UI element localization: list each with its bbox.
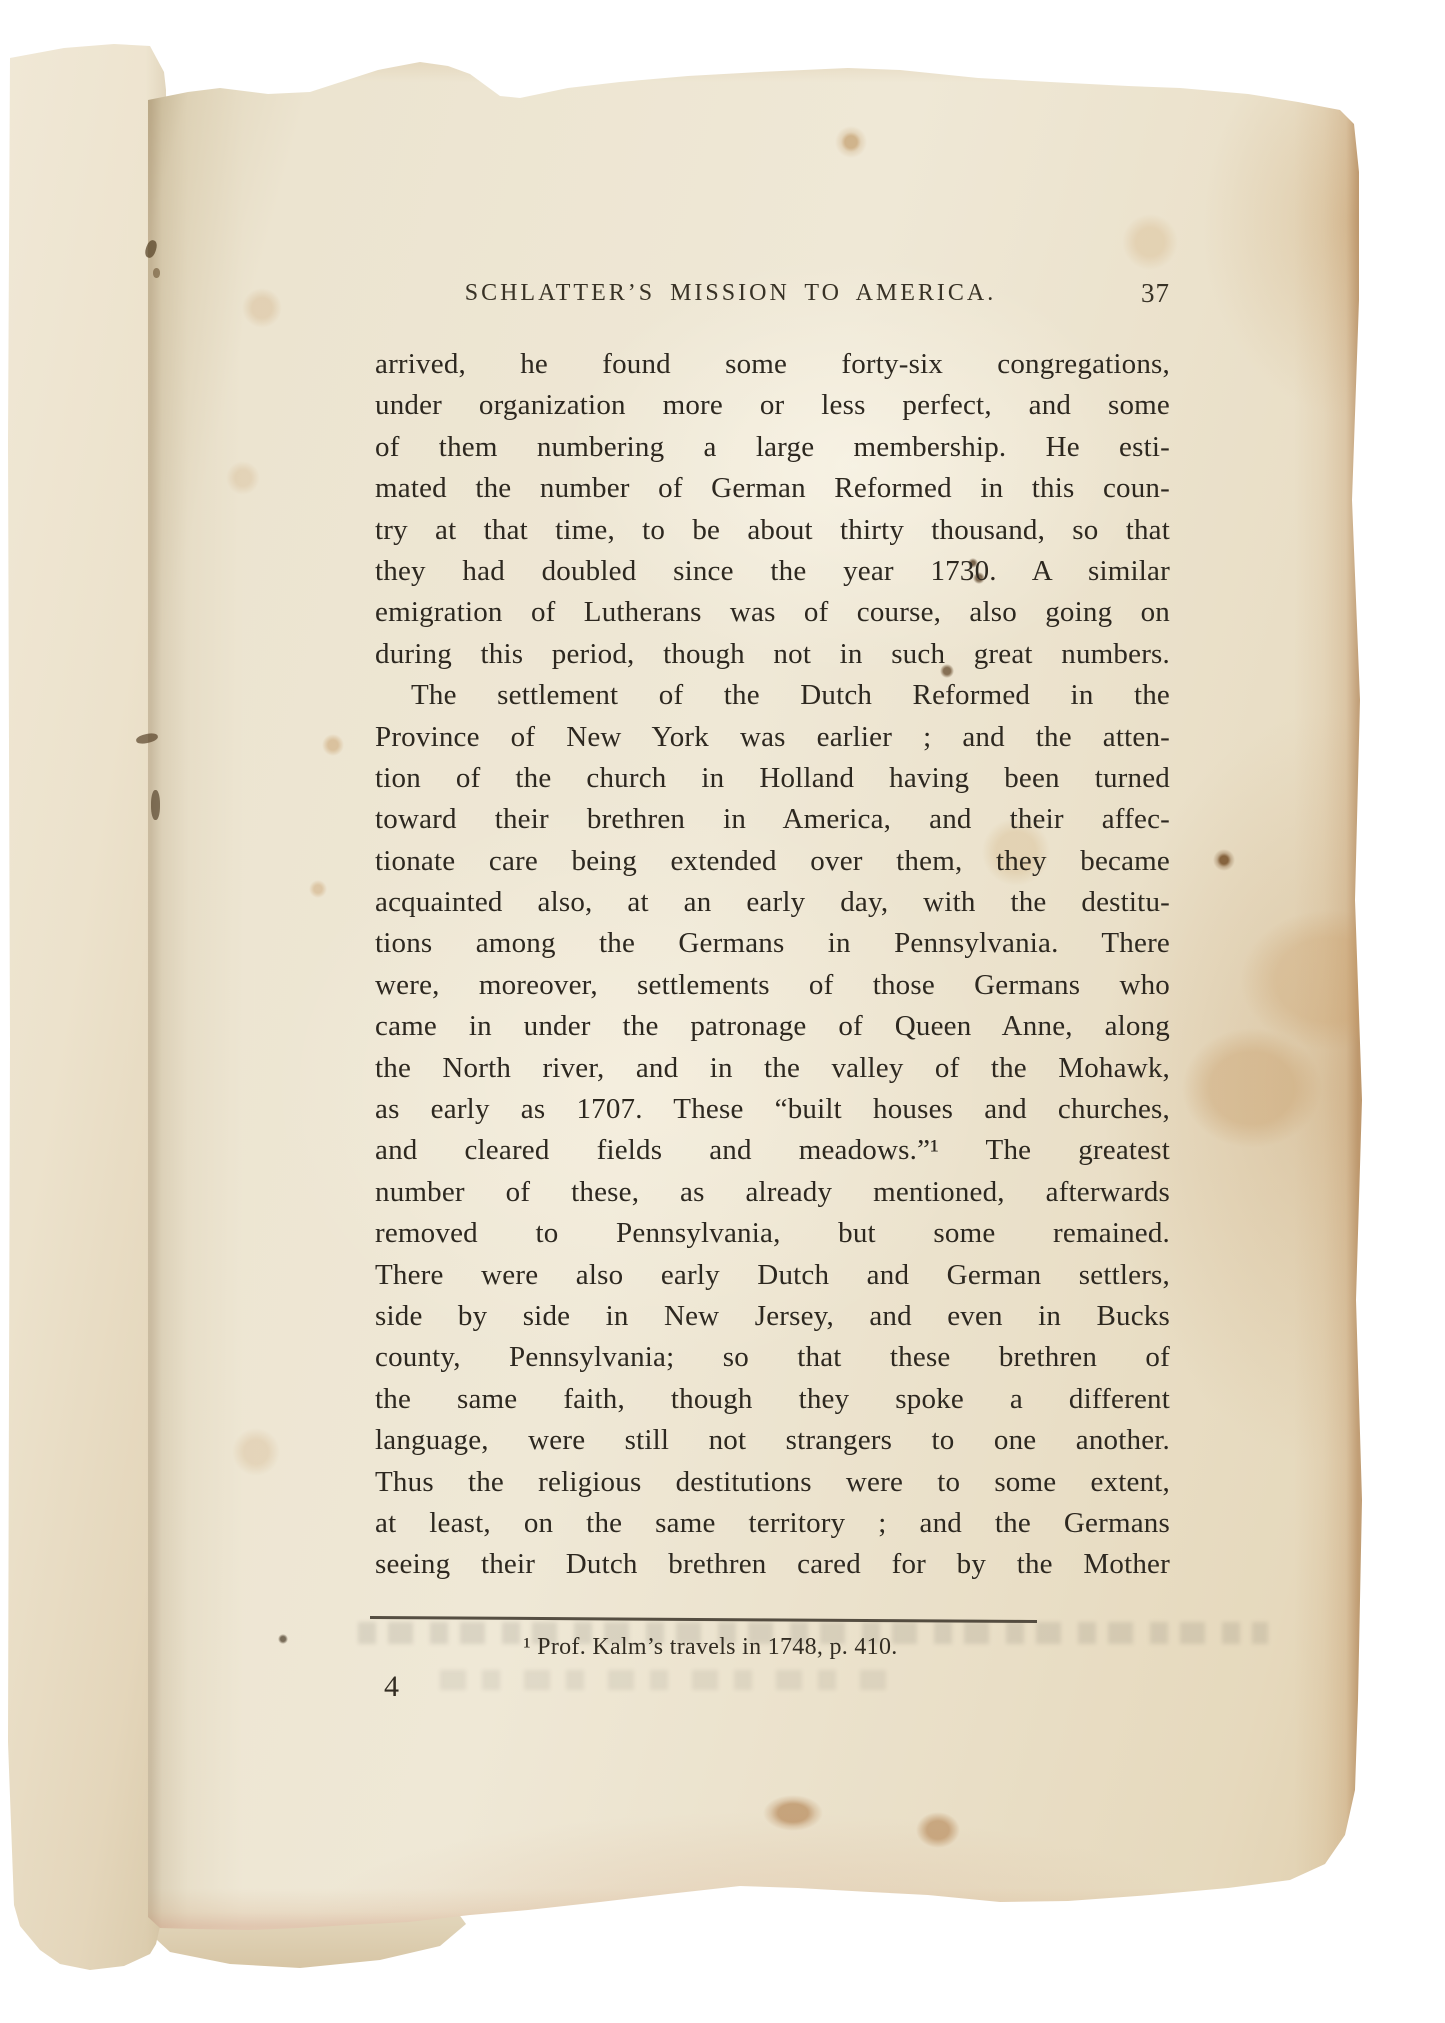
text-line: Thus the religious destitutions were to … <box>375 1462 1170 1503</box>
footnote-rule <box>370 1616 1037 1623</box>
text-line: were, moreover, settlements of those Ger… <box>375 965 1170 1006</box>
text-line: tion of the church in Holland having bee… <box>375 758 1170 799</box>
text-line: number of these, as already mentioned, a… <box>375 1172 1170 1213</box>
text-line: Province of New York was earlier ; and t… <box>375 717 1170 758</box>
text-line: The settlement of the Dutch Reformed in … <box>375 675 1170 716</box>
text-line: There were also early Dutch and German s… <box>375 1255 1170 1296</box>
book-photo: SCHLATTER’S MISSION TO AMERICA. 37 arriv… <box>0 0 1445 2023</box>
sewing-thread <box>153 268 160 278</box>
text-line: acquainted also, at an early day, with t… <box>375 882 1170 923</box>
text-line: try at that time, to be about thirty tho… <box>375 510 1170 551</box>
text-line: language, were still not strangers to on… <box>375 1420 1170 1461</box>
page-number: 37 <box>1141 278 1170 309</box>
ink-showthrough <box>440 1670 900 1690</box>
text-line: arrived, he found some forty-six congreg… <box>375 344 1170 385</box>
text-line: and cleared fields and meadows.”¹ The gr… <box>375 1130 1170 1171</box>
book-page: SCHLATTER’S MISSION TO AMERICA. 37 arriv… <box>148 52 1364 1934</box>
text-line: tions among the Germans in Pennsylvania.… <box>375 923 1170 964</box>
text-line: toward their brethren in America, and th… <box>375 799 1170 840</box>
text-line: emigration of Lutherans was of course, a… <box>375 592 1170 633</box>
body-text: arrived, he found some forty-six congreg… <box>375 344 1170 1586</box>
text-line: under organization more or less perfect,… <box>375 385 1170 426</box>
text-line: at least, on the same territory ; and th… <box>375 1503 1170 1544</box>
text-line: during this period, though not in such g… <box>375 634 1170 675</box>
text-line: tionate care being extended over them, t… <box>375 841 1170 882</box>
text-line: mated the number of German Reformed in t… <box>375 468 1170 509</box>
running-title: SCHLATTER’S MISSION TO AMERICA. <box>465 280 997 307</box>
footnote: ¹ Prof. Kalm’s travels in 1748, p. 410. <box>313 1634 1108 1661</box>
text-line: county, Pennsylvania; so that these bret… <box>375 1337 1170 1378</box>
text-line: side by side in New Jersey, and even in … <box>375 1296 1170 1337</box>
text-line: as early as 1707. These “built houses an… <box>375 1089 1170 1130</box>
text-line: seeing their Dutch brethren cared for by… <box>375 1544 1170 1585</box>
text-line: removed to Pennsylvania, but some remain… <box>375 1213 1170 1254</box>
signature-mark: 4 <box>384 1670 399 1704</box>
running-header: SCHLATTER’S MISSION TO AMERICA. 37 <box>375 280 1170 320</box>
paragraph-1: arrived, he found some forty-six congreg… <box>375 344 1170 675</box>
paragraph-2: The settlement of the Dutch Reformed in … <box>375 675 1170 1586</box>
text-line: the North river, and in the valley of th… <box>375 1048 1170 1089</box>
text-line: came in under the patronage of Queen Ann… <box>375 1006 1170 1047</box>
text-line: they had doubled since the year 1730. A … <box>375 551 1170 592</box>
text-line: the same faith, though they spoke a diff… <box>375 1379 1170 1420</box>
sewing-thread <box>151 790 160 820</box>
text-line: of them numbering a large membership. He… <box>375 427 1170 468</box>
